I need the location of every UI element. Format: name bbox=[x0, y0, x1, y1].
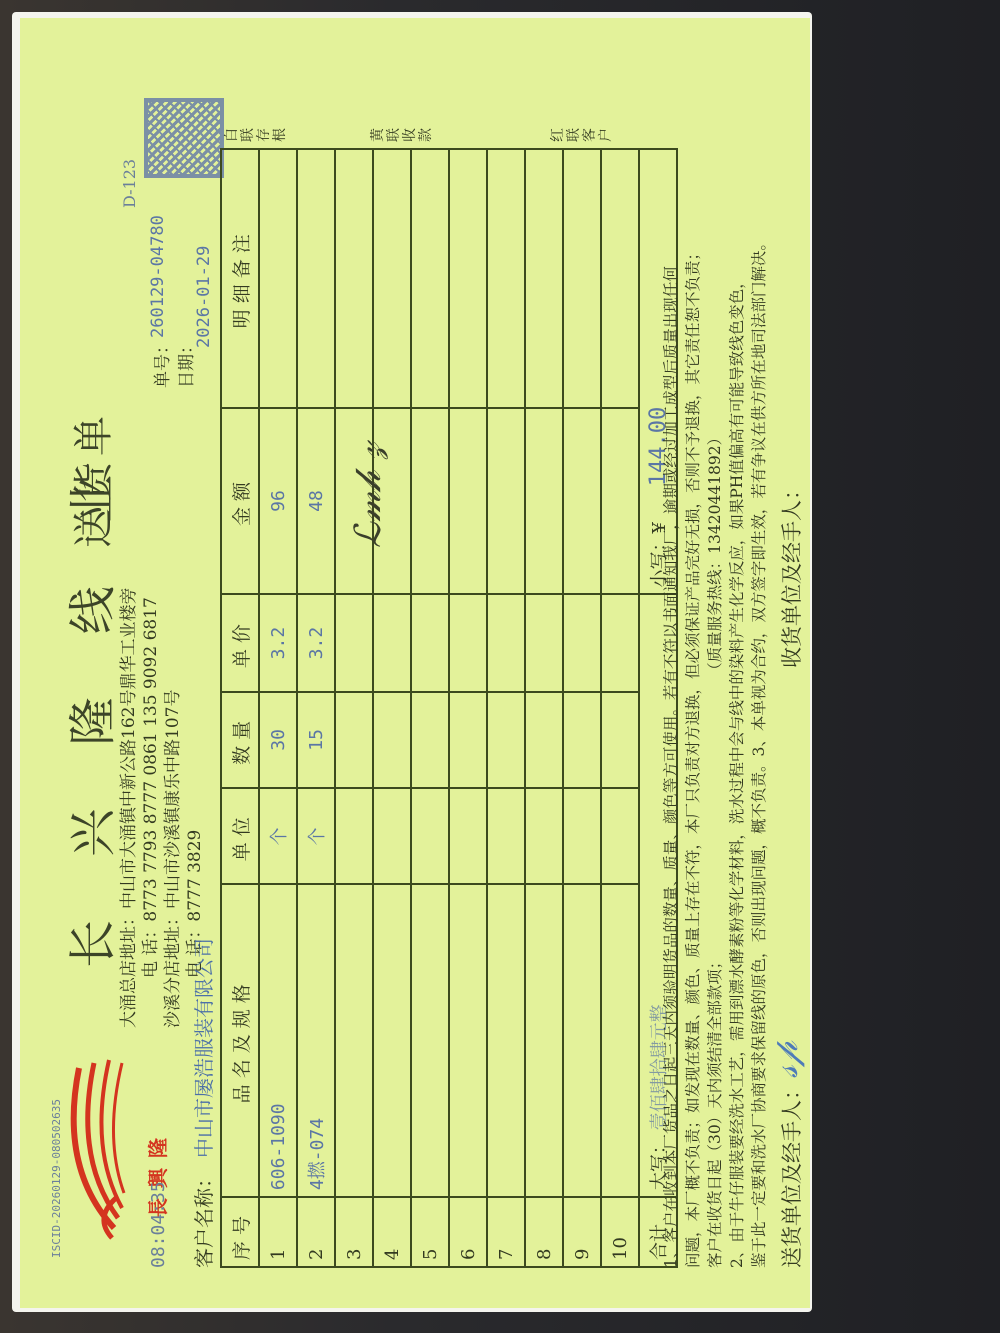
print-time: 08:04:35 bbox=[148, 1181, 169, 1268]
handwritten-signature: ℒ𝓂𝒽 𝓏 bbox=[348, 443, 390, 548]
item-qty: 15 bbox=[297, 692, 335, 788]
terms-line: 1、客户在收到本厂货品之日起三天内须验明货品的数量、质量、颜色等方可使用。若有不… bbox=[660, 88, 682, 1268]
customer-label: 客户名称： bbox=[188, 1168, 217, 1268]
item-name bbox=[373, 885, 411, 1198]
item-name bbox=[411, 885, 449, 1198]
table-row: 24撚-074个153.248 bbox=[297, 149, 335, 1267]
item-price bbox=[449, 594, 487, 691]
item-unit bbox=[335, 788, 373, 884]
copy-label-red: 红联客户 bbox=[550, 124, 614, 142]
item-amount bbox=[449, 408, 487, 595]
item-price bbox=[487, 594, 525, 691]
item-unit bbox=[487, 788, 525, 884]
item-unit bbox=[373, 788, 411, 884]
item-qty bbox=[563, 692, 601, 788]
row-number: 10 bbox=[601, 1197, 639, 1267]
item-qty bbox=[373, 692, 411, 788]
item-name bbox=[563, 885, 601, 1198]
item-name bbox=[487, 885, 525, 1198]
copy-label-yellow: 黄联收款 bbox=[370, 124, 434, 142]
item-amount bbox=[601, 408, 639, 595]
table-header-row: 序号 品名及规格 单位 数量 单价 金额 明细备注 bbox=[221, 149, 259, 1267]
table-row: 5 bbox=[411, 149, 449, 1267]
col-header-no: 序号 bbox=[221, 1197, 259, 1267]
item-name bbox=[449, 885, 487, 1198]
item-note bbox=[297, 149, 335, 408]
item-name: 4撚-074 bbox=[297, 885, 335, 1198]
item-note bbox=[563, 149, 601, 408]
delivery-note-content: ISCID-20260129-080502635 長興隆 长 兴 隆 线 业 送… bbox=[48, 58, 782, 1268]
col-header-name: 品名及规格 bbox=[221, 885, 259, 1198]
item-amount bbox=[563, 408, 601, 595]
row-number: 3 bbox=[335, 1197, 373, 1267]
item-note bbox=[601, 149, 639, 408]
row-number: 4 bbox=[373, 1197, 411, 1267]
item-name bbox=[335, 885, 373, 1198]
table-row: 8 bbox=[525, 149, 563, 1267]
col-header-note: 明细备注 bbox=[221, 149, 259, 408]
wing-logo-icon bbox=[54, 1048, 144, 1248]
terms-line: 鉴于此一定要和洗水厂协商要求保留线的原色，否则出现问题，概不负责。3、本单视为合… bbox=[748, 88, 770, 1268]
sender-signature-label: 送货单位及经手人： bbox=[776, 1079, 806, 1268]
item-unit: 个 bbox=[259, 788, 297, 884]
item-note bbox=[373, 149, 411, 408]
item-price bbox=[601, 594, 639, 691]
col-header-unit: 单位 bbox=[221, 788, 259, 884]
form-code: D-123 bbox=[120, 159, 139, 208]
table-row: 9 bbox=[563, 149, 601, 1267]
row-number: 7 bbox=[487, 1197, 525, 1267]
table-row: 7 bbox=[487, 149, 525, 1267]
item-note bbox=[449, 149, 487, 408]
table-row: 4 bbox=[373, 149, 411, 1267]
row-number: 1 bbox=[259, 1197, 297, 1267]
row-number: 9 bbox=[563, 1197, 601, 1267]
copy-label-white: 白联存根 bbox=[224, 124, 288, 142]
col-header-qty: 数量 bbox=[221, 692, 259, 788]
item-qty bbox=[411, 692, 449, 788]
item-qty bbox=[335, 692, 373, 788]
item-name bbox=[601, 885, 639, 1198]
item-name bbox=[525, 885, 563, 1198]
item-unit bbox=[449, 788, 487, 884]
items-table: 序号 品名及规格 单位 数量 单价 金额 明细备注 1606-1090个303.… bbox=[220, 148, 678, 1268]
table-row: 10 bbox=[601, 149, 639, 1267]
terms-line: 问题，本厂概不负责；如发现在数量、颜色、质量上存在不符，本厂只负责对方退换，但必… bbox=[682, 88, 704, 1268]
item-amount bbox=[525, 408, 563, 595]
customer-name: 中山市屡浩服装有限公司 bbox=[188, 938, 217, 1158]
item-amount: 48 bbox=[297, 408, 335, 595]
terms-line: 客户在收货日起（30）天内须结清全部款项； （质量服务热线：1342044189… bbox=[704, 88, 726, 1268]
item-note bbox=[487, 149, 525, 408]
item-qty bbox=[487, 692, 525, 788]
order-number: 260129-04780 bbox=[148, 215, 168, 338]
qr-code[interactable] bbox=[144, 98, 224, 178]
item-qty bbox=[525, 692, 563, 788]
table-row: 1606-1090个303.296 bbox=[259, 149, 297, 1267]
terms-line: 2、由于牛仔服装要经洗水工艺，需用到漂水酵素粉等化学材料，洗水过程中会与线中的染… bbox=[726, 88, 748, 1268]
order-number-label: 单号： bbox=[148, 337, 173, 388]
table-row: 3 bbox=[335, 149, 373, 1267]
item-amount bbox=[411, 408, 449, 595]
receiver-signature-label: 收货单位及经手人： bbox=[776, 479, 806, 668]
item-unit bbox=[525, 788, 563, 884]
row-number: 8 bbox=[525, 1197, 563, 1267]
item-note bbox=[411, 149, 449, 408]
item-price: 3.2 bbox=[259, 594, 297, 691]
note-header: ISCID-20260129-080502635 長興隆 长 兴 隆 线 业 送… bbox=[48, 58, 218, 1268]
item-qty bbox=[601, 692, 639, 788]
delivery-note: ISCID-20260129-080502635 長興隆 长 兴 隆 线 业 送… bbox=[20, 18, 810, 1308]
item-unit bbox=[411, 788, 449, 884]
item-name: 606-1090 bbox=[259, 885, 297, 1198]
item-unit bbox=[563, 788, 601, 884]
row-number: 6 bbox=[449, 1197, 487, 1267]
col-header-price: 单价 bbox=[221, 594, 259, 691]
col-header-amount: 金额 bbox=[221, 408, 259, 595]
item-price bbox=[525, 594, 563, 691]
date-value: 2026-01-29 bbox=[194, 246, 214, 348]
row-number: 2 bbox=[297, 1197, 335, 1267]
item-price bbox=[563, 594, 601, 691]
table-row: 6 bbox=[449, 149, 487, 1267]
item-amount: 96 bbox=[259, 408, 297, 595]
item-price bbox=[335, 594, 373, 691]
item-note bbox=[259, 149, 297, 408]
row-number: 5 bbox=[411, 1197, 449, 1267]
item-price: 3.2 bbox=[297, 594, 335, 691]
item-price bbox=[411, 594, 449, 691]
item-amount bbox=[487, 408, 525, 595]
item-qty: 30 bbox=[259, 692, 297, 788]
item-unit: 个 bbox=[297, 788, 335, 884]
item-unit bbox=[601, 788, 639, 884]
item-note bbox=[335, 149, 373, 408]
item-price bbox=[373, 594, 411, 691]
terms-text: 1、客户在收到本厂货品之日起三天内须验明货品的数量、质量、颜色等方可使用。若有不… bbox=[660, 88, 770, 1268]
item-note bbox=[525, 149, 563, 408]
item-qty bbox=[449, 692, 487, 788]
branch-phone-value: 8777 3829 bbox=[185, 830, 205, 922]
document-type: 送货单 bbox=[62, 410, 119, 548]
sender-signature: 𝓈𝓅 bbox=[766, 1041, 806, 1078]
